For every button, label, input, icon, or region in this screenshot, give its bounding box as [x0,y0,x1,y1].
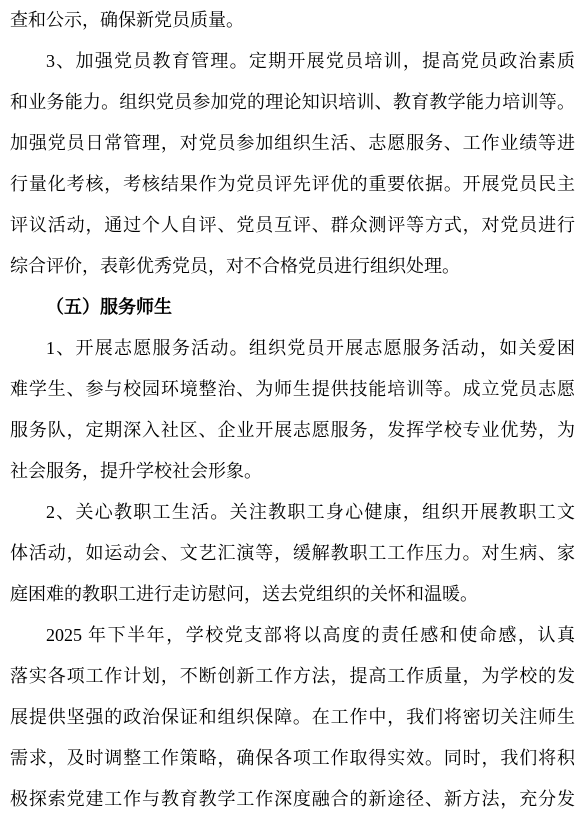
text-line: 和业务能力。组织党员参加党的理论知识培训、教育教学能力培训等。 [10,82,575,123]
text-line: 评议活动，通过个人自评、党员互评、群众测评等方式，对党员进行 [10,205,575,246]
text-line: 体活动，如运动会、文艺汇演等，缓解教职工工作压力。对生病、家 [10,533,575,574]
paragraph: 2025 年下半年，学校党支部将以高度的责任感和使命感，认真落实各项工作计划，不… [10,615,575,820]
text-line: 服务队，定期深入社区、企业开展志愿服务，发挥学校专业优势，为 [10,410,575,451]
paragraph: 1、开展志愿服务活动。组织党员开展志愿服务活动，如关爱困难学生、参与校园环境整治… [10,328,575,492]
paragraph: 3、加强党员教育管理。定期开展党员培训，提高党员政治素质和业务能力。组织党员参加… [10,41,575,287]
text-line: 1、开展志愿服务活动。组织党员开展志愿服务活动，如关爱困 [10,328,575,369]
text-line: 综合评价，表彰优秀党员，对不合格党员进行组织处理。 [10,246,575,287]
paragraph: 查和公示，确保新党员质量。 [10,0,575,41]
paragraph: 2、关心教职工生活。关注教职工身心健康，组织开展教职工文体活动，如运动会、文艺汇… [10,492,575,615]
heading-line: （五）服务师生 [10,287,575,328]
text-line: 展提供坚强的政治保证和组织保障。在工作中，我们将密切关注师生 [10,697,575,738]
text-line: 庭困难的教职工进行走访慰问，送去党组织的关怀和温暖。 [10,574,575,615]
text-line: 难学生、参与校园环境整治、为师生提供技能培训等。成立党员志愿 [10,369,575,410]
text-line: 2、关心教职工生活。关注教职工身心健康，组织开展教职工文 [10,492,575,533]
document-page: 查和公示，确保新党员质量。3、加强党员教育管理。定期开展党员培训，提高党员政治素… [0,0,585,822]
text-line: 落实各项工作计划，不断创新工作方法，提高工作质量，为学校的发 [10,656,575,697]
text-line: 加强党员日常管理，对党员参加组织生活、志愿服务、工作业绩等进 [10,123,575,164]
text-line: 需求，及时调整工作策略，确保各项工作取得实效。同时，我们将积 [10,738,575,779]
text-line: 极探索党建工作与教育教学工作深度融合的新途径、新方法，充分发 [10,779,575,820]
text-line: 社会服务，提升学校社会形象。 [10,451,575,492]
text-line: 行量化考核，考核结果作为党员评先评优的重要依据。开展党员民主 [10,164,575,205]
text-line: 查和公示，确保新党员质量。 [10,0,575,41]
section-heading: （五）服务师生 [10,287,575,328]
text-line: 3、加强党员教育管理。定期开展党员培训，提高党员政治素质 [10,41,575,82]
text-line: 2025 年下半年，学校党支部将以高度的责任感和使命感，认真 [10,615,575,656]
